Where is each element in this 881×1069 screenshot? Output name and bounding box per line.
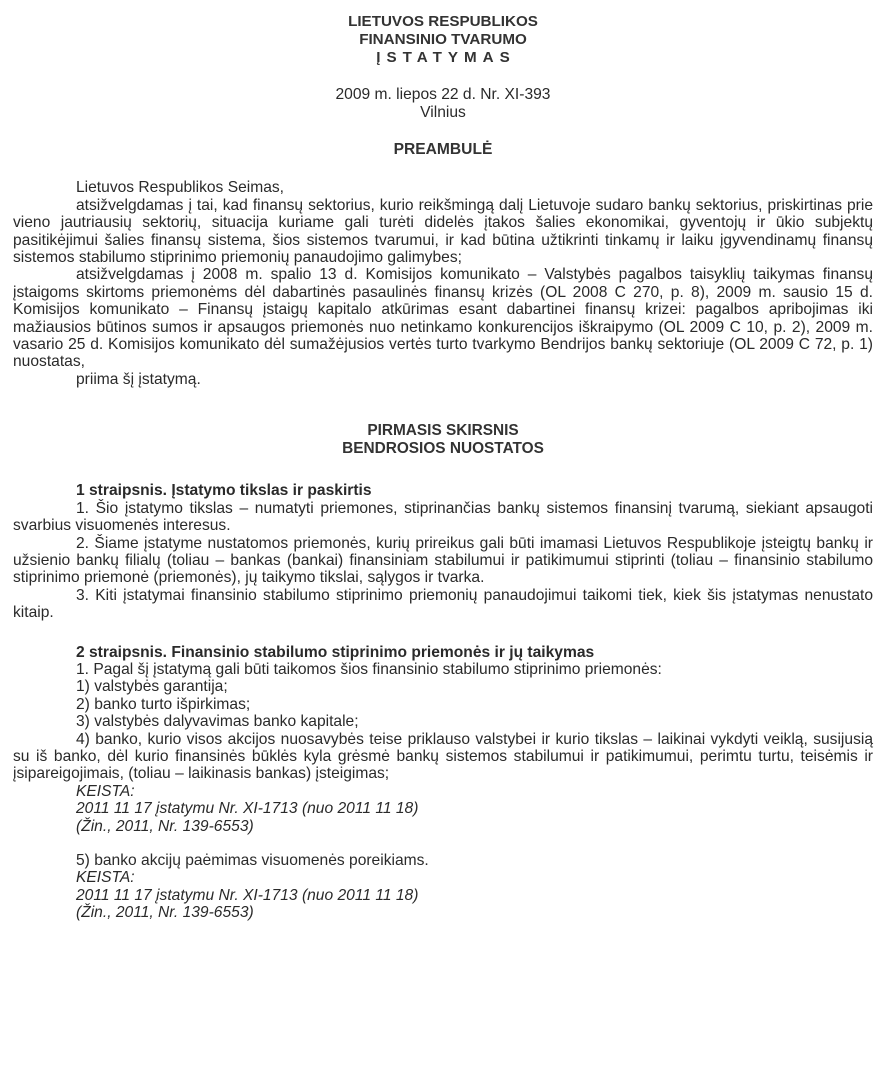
section-number: PIRMASIS SKIRSNIS <box>13 422 873 440</box>
article-1-title: 1 straipsnis. Įstatymo tikslas ir paskir… <box>13 482 873 499</box>
place: Vilnius <box>13 104 873 122</box>
preamble-heading: PREAMBULĖ <box>13 141 873 158</box>
date-number: 2009 m. liepos 22 d. Nr. XI-393 <box>13 86 873 104</box>
preamble-addressee: Lietuvos Respublikos Seimas, <box>13 179 873 196</box>
preamble-paragraph-1: atsižvelgdamas į tai, kad finansų sektor… <box>13 197 873 267</box>
section-title: BENDROSIOS NUOSTATOS <box>13 440 873 458</box>
article-2-item-3: 3) valstybės dalyvavimas banko kapitale; <box>13 713 873 730</box>
article-2-item-1: 1) valstybės garantija; <box>13 678 873 695</box>
amendment-source: (Žin., 2011, Nr. 139-6553) <box>76 818 873 835</box>
date-place-block: 2009 m. liepos 22 d. Nr. XI-393 Vilnius <box>13 86 873 122</box>
title-line-2: FINANSINIO TVARUMO <box>13 31 873 49</box>
article-2-item-2: 2) banko turto išpirkimas; <box>13 696 873 713</box>
amendment-note-1: KEISTA: 2011 11 17 įstatymu Nr. XI-1713 … <box>13 783 873 835</box>
article-1-paragraph-3: 3. Kiti įstatymai finansinio stabilumo s… <box>13 587 873 622</box>
amendment-label: KEISTA: <box>76 869 873 886</box>
title-line-3: ĮSTATYMAS <box>13 49 873 67</box>
amendment-law: 2011 11 17 įstatymu Nr. XI-1713 (nuo 201… <box>76 887 873 904</box>
amendment-note-2: KEISTA: 2011 11 17 įstatymu Nr. XI-1713 … <box>13 869 873 921</box>
title-line-1: LIETUVOS RESPUBLIKOS <box>13 13 873 31</box>
article-2-intro: 1. Pagal šį įstatymą gali būti taikomos … <box>13 661 873 678</box>
section-heading: PIRMASIS SKIRSNIS BENDROSIOS NUOSTATOS <box>13 422 873 458</box>
preamble-paragraph-2: atsižvelgdamas į 2008 m. spalio 13 d. Ko… <box>13 266 873 370</box>
law-document-page: LIETUVOS RESPUBLIKOS FINANSINIO TVARUMO … <box>13 0 873 922</box>
amendment-law: 2011 11 17 įstatymu Nr. XI-1713 (nuo 201… <box>76 800 873 817</box>
article-2-item-5: 5) banko akcijų paėmimas visuomenės pore… <box>13 852 873 869</box>
amendment-label: KEISTA: <box>76 783 873 800</box>
article-1-paragraph-2: 2. Šiame įstatyme nustatomos priemonės, … <box>13 535 873 587</box>
article-2-item-4: 4) banko, kurio visos akcijos nuosavybės… <box>13 731 873 783</box>
preamble-closing: priima šį įstatymą. <box>13 371 873 388</box>
article-2-title: 2 straipsnis. Finansinio stabilumo stipr… <box>13 644 873 661</box>
article-1-paragraph-1: 1. Šio įstatymo tikslas – numatyti priem… <box>13 500 873 535</box>
spacer <box>13 835 873 852</box>
document-title: LIETUVOS RESPUBLIKOS FINANSINIO TVARUMO … <box>13 13 873 67</box>
amendment-source: (Žin., 2011, Nr. 139-6553) <box>76 904 873 921</box>
